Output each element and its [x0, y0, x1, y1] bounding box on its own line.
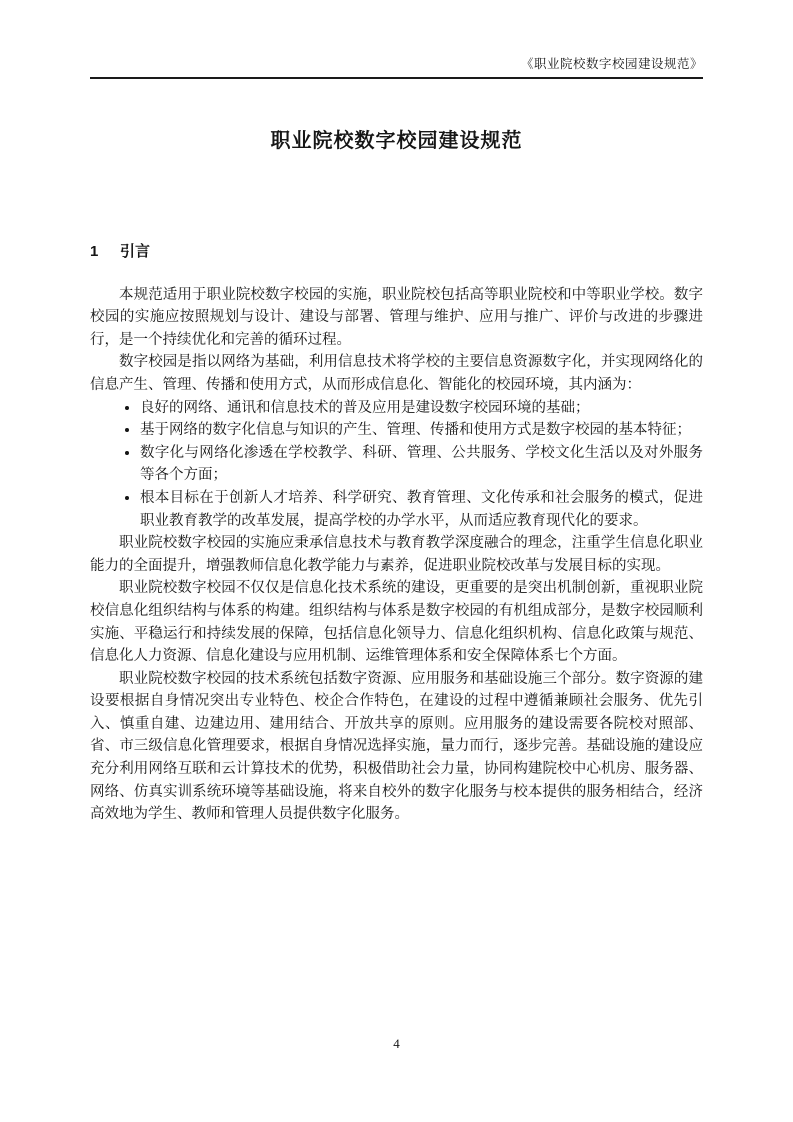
paragraph-definition: 数字校园是指以网络为基础，利用信息技术将学校的主要信息资源数字化，并实现网络化的…: [90, 351, 703, 396]
document-page: 《职业院校数字校园建设规范》 职业院校数字校园建设规范 1引言 本规范适用于职业…: [0, 0, 793, 1122]
list-item: 基于网络的数字化信息与知识的产生、管理、传播和使用方式是数字校园的基本特征；: [140, 419, 703, 442]
document-body: 1引言 本规范适用于职业院校数字校园的实施，职业院校包括高等职业院校和中等职业学…: [90, 241, 703, 826]
page-number: 4: [0, 1036, 793, 1052]
paragraph-implementation: 职业院校数字校园的实施应秉承信息技术与教育教学深度融合的理念，注重学生信息化职业…: [90, 532, 703, 577]
paragraph-organization: 职业院校数字校园不仅仅是信息化技术系统的建设，更重要的是突出机制创新，重视职业院…: [90, 577, 703, 667]
section-title: 引言: [120, 243, 150, 260]
connotation-list: 良好的网络、通讯和信息技术的普及应用是建设数字校园环境的基础； 基于网络的数字化…: [90, 397, 703, 533]
list-item: 良好的网络、通讯和信息技术的普及应用是建设数字校园环境的基础；: [140, 397, 703, 420]
paragraph-technical-system: 职业院校数字校园的技术系统包括数字资源、应用服务和基础设施三个部分。数字资源的建…: [90, 668, 703, 826]
running-header: 《职业院校数字校园建设规范》: [90, 54, 703, 79]
paragraph-scope: 本规范适用于职业院校数字校园的实施，职业院校包括高等职业院校和中等职业学校。数字…: [90, 284, 703, 352]
section-number: 1: [90, 241, 120, 264]
list-item: 根本目标在于创新人才培养、科学研究、教育管理、文化传承和社会服务的模式，促进职业…: [140, 487, 703, 532]
section-heading: 1引言: [90, 241, 703, 264]
list-item: 数字化与网络化渗透在学校教学、科研、管理、公共服务、学校文化生活以及对外服务等各…: [140, 442, 703, 487]
page-title: 职业院校数字校园建设规范: [0, 124, 793, 153]
